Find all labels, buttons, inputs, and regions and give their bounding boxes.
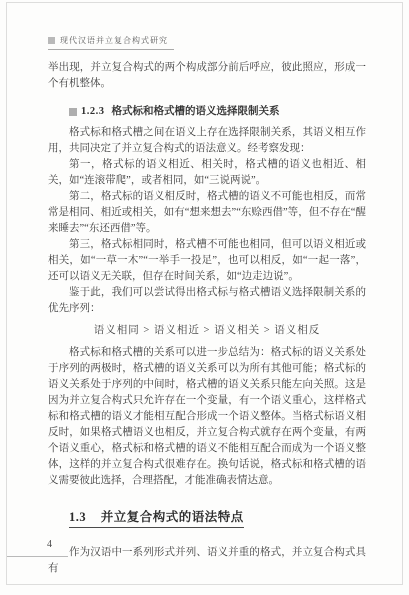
paragraph: 格式标和格式槽的关系可以进一步总结为：格式标的语义关系处于序列的两极时，格式槽的… — [48, 345, 366, 489]
section-heading-wrap: 1.3 并立复合构式的语法特点 — [48, 499, 366, 539]
paragraph: 第二，格式标的语义相反时，格式槽的语义不可能也相反，而常常是相同、相近或相关，如… — [48, 189, 366, 237]
intro-paragraph: 举出现，并立复合构式的两个构成部分前后呼应，彼此照应，形成一个有机整体。 — [48, 60, 366, 92]
subsection-title: 格式标和格式槽的语义选择限制关系 — [112, 104, 280, 120]
running-header-title: 现代汉语并立复合构式研究 — [60, 35, 168, 46]
subsection-number: 1.2.3 — [81, 104, 105, 120]
page-number: 4 — [47, 539, 52, 550]
subsection-heading-123: 1.2.3 格式标和格式槽的语义选择限制关系 — [48, 104, 366, 120]
page-body: 举出现，并立复合构式的两个构成部分前后呼应，彼此照应，形成一个有机整体。 1.2… — [48, 60, 366, 577]
footer-rule — [7, 556, 68, 557]
paragraph: 第一，格式标的语义相近、相关时，格式槽的语义也相近、相关，如“连滚带爬”，或者相… — [48, 157, 366, 189]
paragraph: 鉴于此，我们可以尝试得出格式标与格式槽语义选择限制关系的优先序列： — [48, 285, 366, 317]
section-number: 1.3 — [69, 510, 86, 524]
paragraph: 第三，格式标相同时，格式槽不可能也相同，但可以语义相近或相关，如“一草一木”“一… — [48, 237, 366, 285]
paragraph: 格式标和格式槽之间在语义上存在选择限制关系，其语义相互作用，共同决定了并立复合构… — [48, 125, 366, 157]
subsection-square-icon — [69, 108, 77, 116]
closing-paragraph: 作为汉语中一系列形式并列、语义并重的格式，并立复合构式具有 — [48, 545, 366, 577]
header-square-icon — [48, 37, 55, 44]
running-header: 现代汉语并立复合构式研究 — [48, 35, 174, 50]
book-page: 现代汉语并立复合构式研究 举出现，并立复合构式的两个构成部分前后呼应，彼此照应，… — [0, 0, 409, 595]
section-heading-13: 1.3 并立复合构式的语法特点 — [69, 509, 244, 528]
section-title: 并立复合构式的语法特点 — [101, 510, 244, 524]
priority-sequence-formula: 语义相同 > 语义相近 > 语义相关 > 语义相反 — [48, 323, 366, 339]
